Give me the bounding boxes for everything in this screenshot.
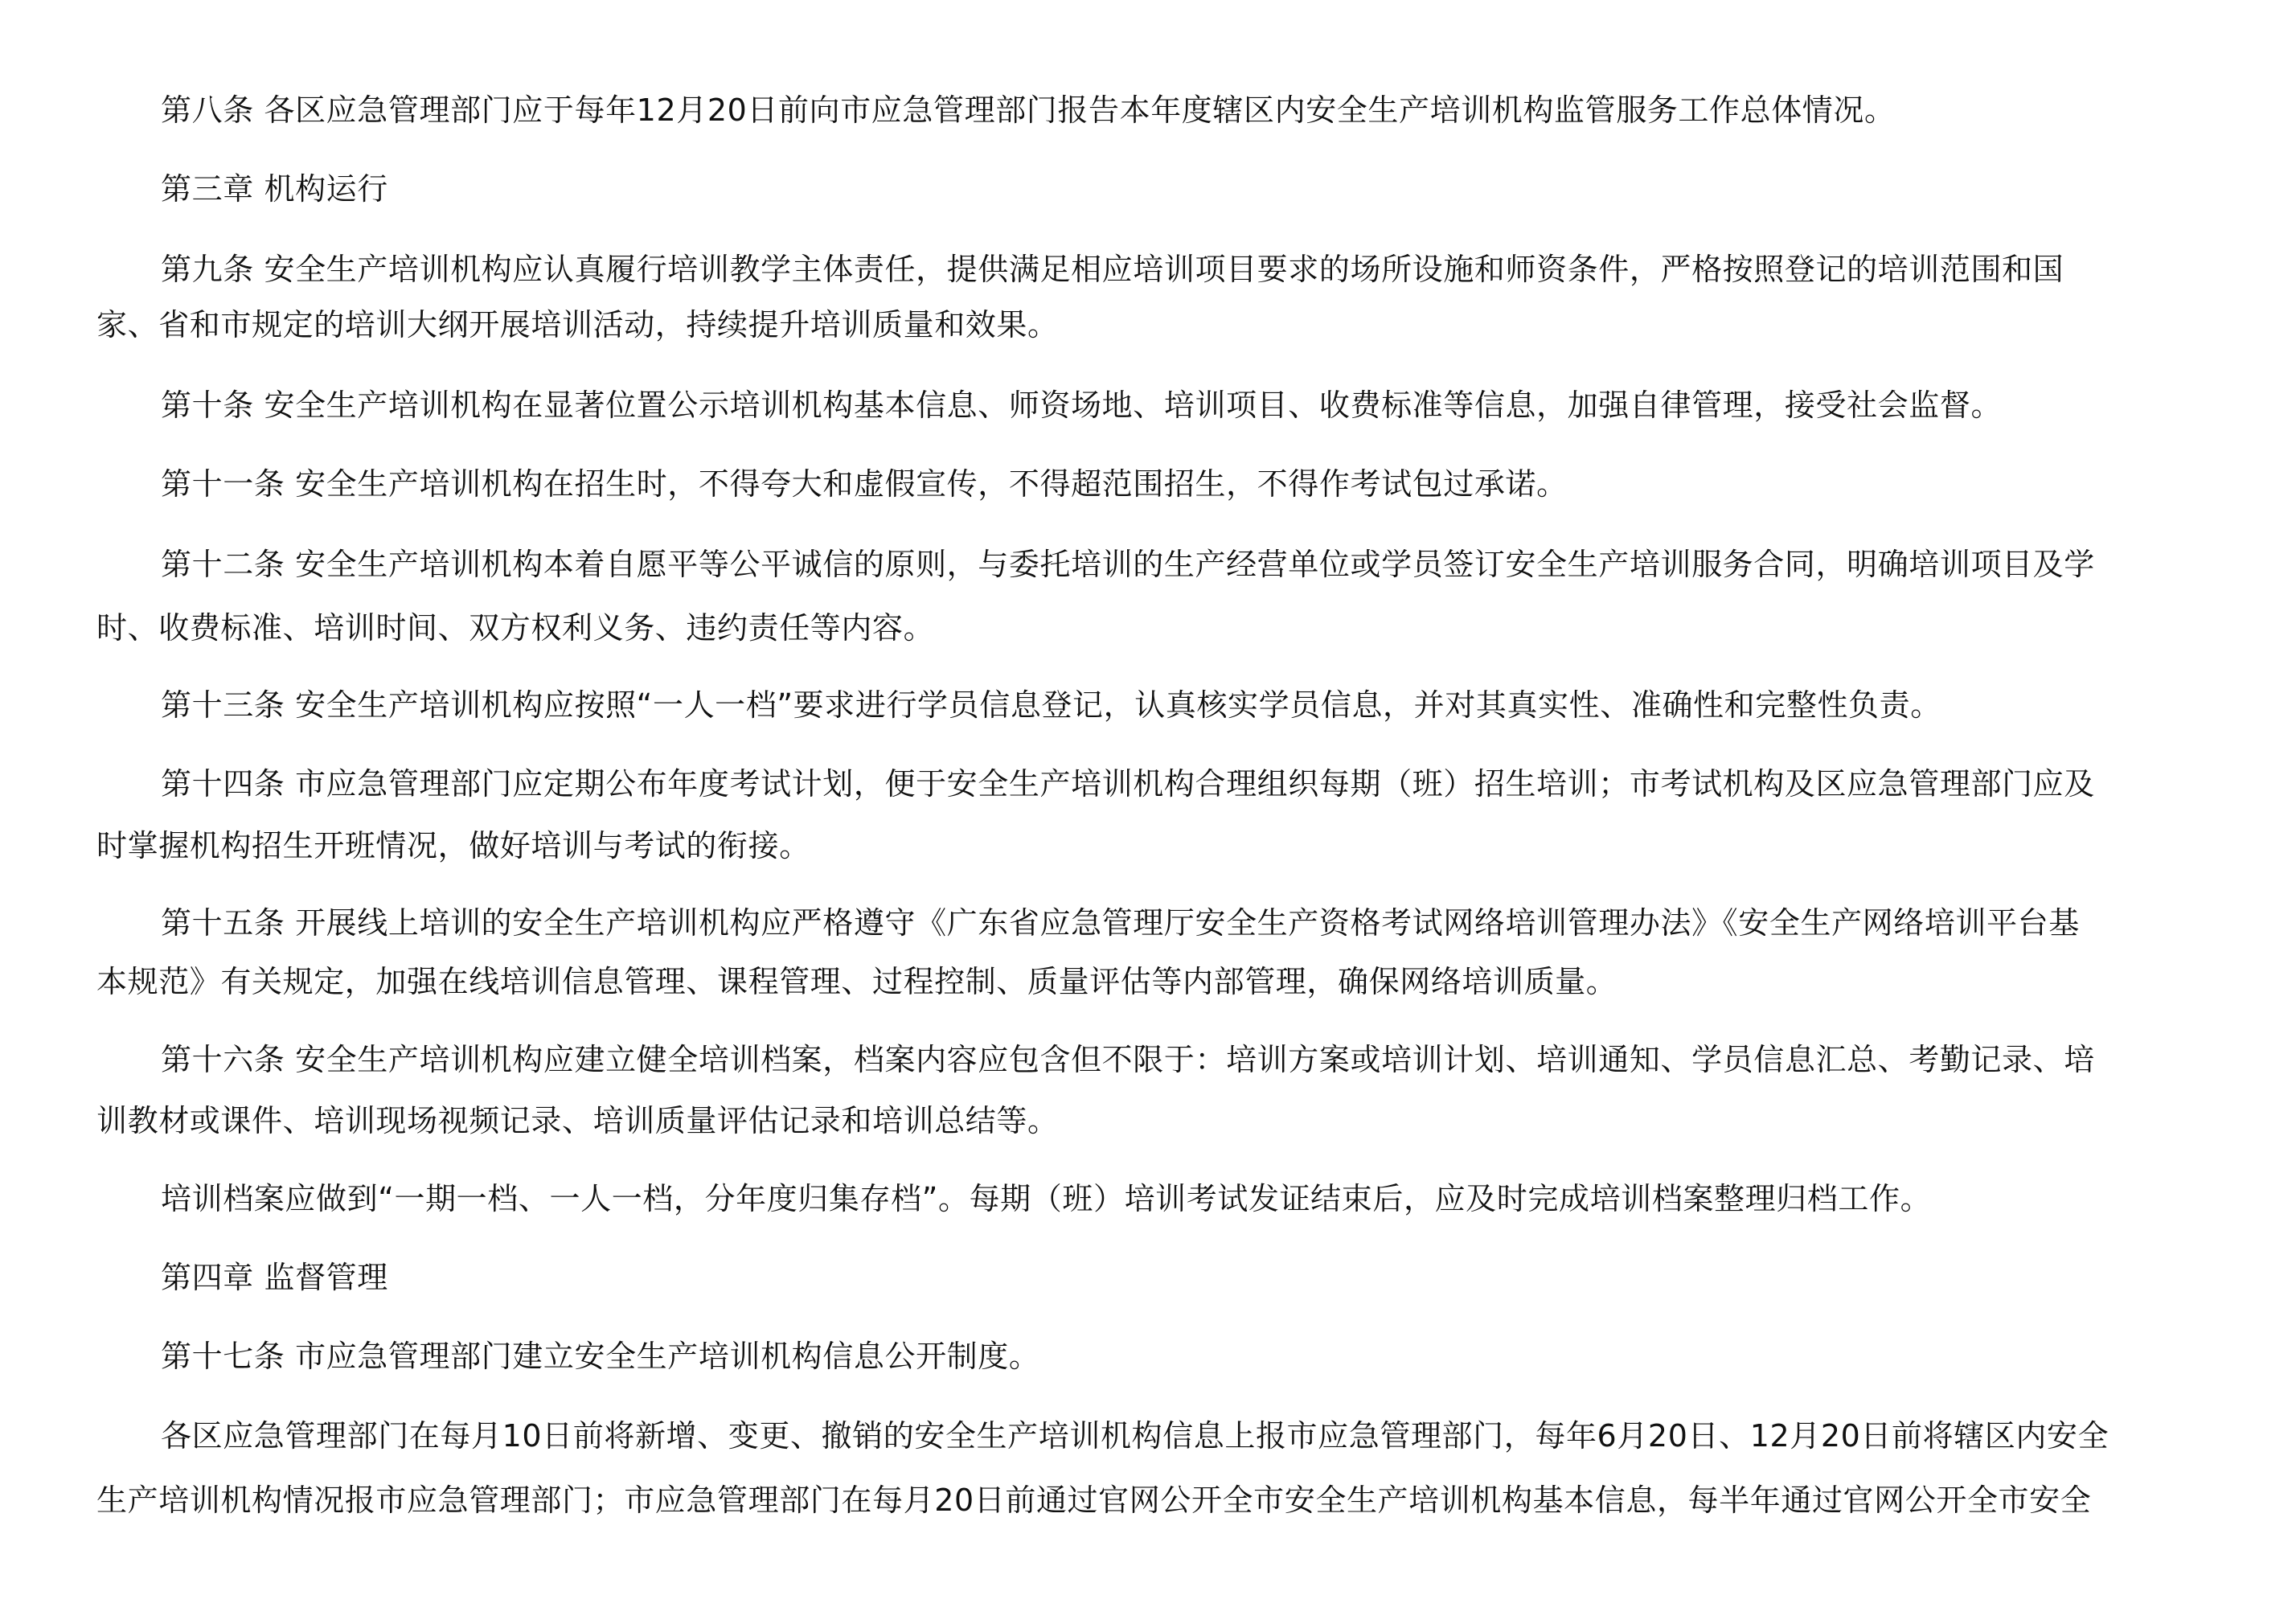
- article-17-paragraph-2-line-1: 各区应急管理部门在每月10日前将新增、变更、撤销的安全生产培训机构信息上报市应急…: [161, 1416, 2109, 1456]
- article-15-line-1: 第十五条 开展线上培训的安全生产培训机构应严格遵守《广东省应急管理厅安全生产资格…: [161, 903, 2080, 943]
- article-11-line-1: 第十一条 安全生产培训机构在招生时，不得夸大和虚假宣传，不得超范围招生，不得作考…: [161, 464, 1568, 504]
- chapter-3-heading: 第三章 机构运行: [161, 169, 388, 209]
- article-12-line-1: 第十二条 安全生产培训机构本着自愿平等公平诚信的原则，与委托培训的生产经营单位或…: [161, 544, 2095, 584]
- article-9-line-1: 第九条 安全生产培训机构应认真履行培训教学主体责任，提供满足相应培训项目要求的场…: [161, 249, 2064, 289]
- article-13-line-1: 第十三条 安全生产培训机构应按照“一人一档”要求进行学员信息登记，认真核实学员信…: [161, 685, 1941, 725]
- article-16-line-2: 训教材或课件、培训现场视频记录、培训质量评估记录和培训总结等。: [96, 1101, 1059, 1141]
- article-17-line-1: 第十七条 市应急管理部门建立安全生产培训机构信息公开制度。: [161, 1336, 1039, 1376]
- article-17-paragraph-2-line-2: 生产培训机构情况报市应急管理部门；市应急管理部门在每月20日前通过官网公开全市安…: [96, 1480, 2091, 1520]
- article-14-line-1: 第十四条 市应急管理部门应定期公布年度考试计划，便于安全生产培训机构合理组织每期…: [161, 764, 2095, 804]
- article-16-line-1: 第十六条 安全生产培训机构应建立健全培训档案，档案内容应包含但不限于：培训方案或…: [161, 1040, 2095, 1080]
- article-10-line-1: 第十条 安全生产培训机构在显著位置公示培训机构基本信息、师资场地、培训项目、收费…: [161, 385, 2002, 425]
- article-12-line-2: 时、收费标准、培训时间、双方权利义务、违约责任等内容。: [96, 608, 934, 648]
- article-15-line-2: 本规范》有关规定，加强在线培训信息管理、课程管理、过程控制、质量评估等内部管理，…: [96, 962, 1617, 1002]
- document-page: 第八条 各区应急管理部门应于每年12月20日前向市应急管理部门报告本年度辖区内安…: [0, 0, 2296, 1624]
- article-14-line-2: 时掌握机构招生开班情况，做好培训与考试的衔接。: [96, 826, 810, 866]
- article-16-paragraph-2: 培训档案应做到“一期一档、一人一档，分年度归集存档”。每期（班）培训考试发证结束…: [161, 1179, 1931, 1219]
- article-9-line-2: 家、省和市规定的培训大纲开展培训活动，持续提升培训质量和效果。: [96, 305, 1059, 345]
- chapter-4-heading: 第四章 监督管理: [161, 1257, 388, 1298]
- article-8-line-1: 第八条 各区应急管理部门应于每年12月20日前向市应急管理部门报告本年度辖区内安…: [161, 90, 1896, 130]
